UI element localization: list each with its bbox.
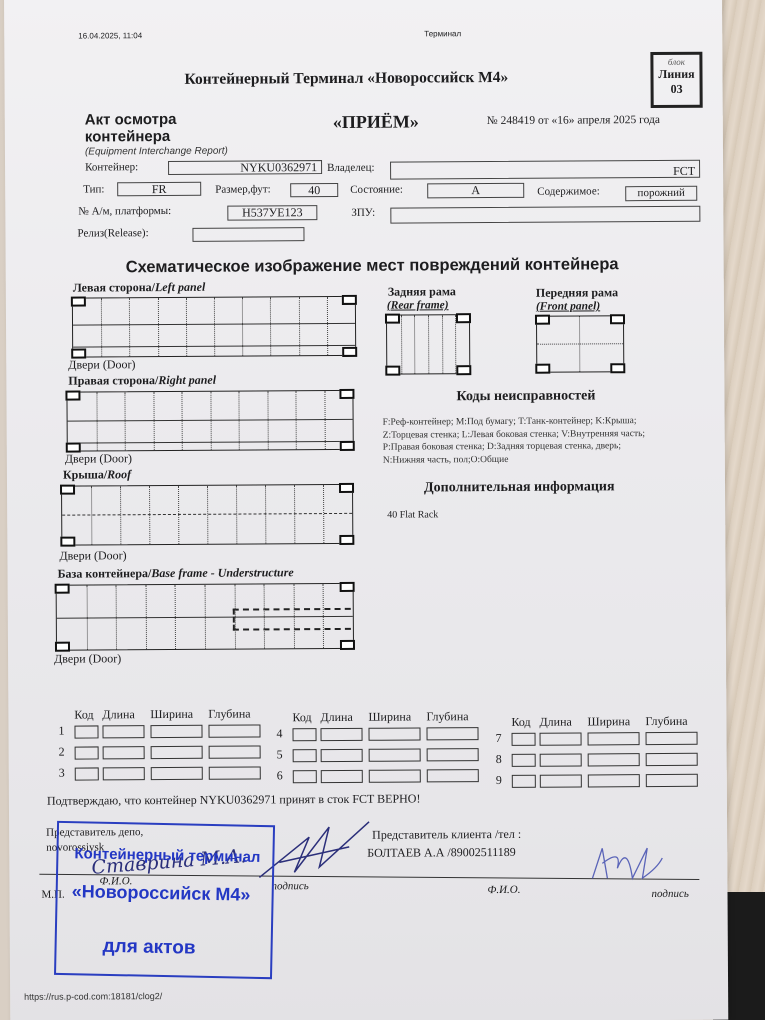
damage-cell-Длина[interactable] [103,746,145,759]
block-box: блок Линия 03 [650,52,702,108]
right-door-label: Двери (Door) [65,451,132,466]
damage-cell-Ширина[interactable] [369,769,421,782]
right-panel-label: Правая сторона/Right panel [68,373,216,389]
left-panel-label: Левая сторона/Left panel [73,280,206,296]
corner-casting [456,313,471,323]
damage-cell-Глубина[interactable] [427,748,479,761]
damage-cell-Код[interactable] [293,749,317,762]
damage-cell-Длина[interactable] [320,728,362,741]
corner-casting [610,314,625,324]
act-number-date: № 248419 от «16» апреля 2025 года [487,114,660,127]
release-field [192,227,304,242]
damage-cell-Длина[interactable] [540,732,582,745]
corner-casting [610,363,625,373]
damage-header: Длина [102,707,134,722]
damage-row-number: 2 [59,745,65,760]
extra-info-title: Дополнительная информация [424,479,615,496]
damage-row-number: 1 [58,724,64,739]
damage-header: Глубина [426,709,468,724]
type-field: FR [117,182,201,197]
block-label: блок [653,57,699,67]
condition-label: Состояние: [350,184,403,196]
damage-cell-Код[interactable] [292,728,316,741]
corner-casting [456,365,471,375]
corner-casting [65,391,80,401]
seal-label: ЗПУ: [351,207,375,219]
stamp: Контейнерный терминал «Новороссийск М4» … [54,821,275,979]
corner-casting [385,366,400,376]
codes-title: Коды неисправностей [456,388,595,405]
damage-cell-Глубина[interactable] [427,769,479,782]
damage-header: Длина [320,710,352,725]
damage-header: Глубина [645,714,687,729]
corner-casting [340,640,355,650]
corner-casting [339,389,354,399]
client-fio-label: Ф.И.О. [487,884,520,896]
act-title-2: контейнера [85,128,170,146]
corner-casting [340,582,355,592]
damage-row-number: 9 [496,773,502,788]
damage-cell-Код[interactable] [293,770,317,783]
client-sign-label: подпись [651,888,688,900]
owner-field: FCT [390,160,700,180]
client-name: БОЛТАЕВ А.А /89002511189 [367,845,516,861]
damage-cell-Глубина[interactable] [209,766,261,779]
client-rep-label: Представитель клиента /тел : [372,827,521,843]
vehicle-field: Н537УЕ123 [227,205,317,221]
damage-row-number: 3 [59,766,65,781]
damage-header: Код [292,710,311,725]
stamp-line-3: для актов [102,936,195,960]
damage-cell-Код[interactable] [74,725,98,738]
stamp-line-2: «Новороссийск М4» [71,881,250,906]
codes-list: F:Реф-контейнер; M:Под бумагу; T:Танк-ко… [383,415,646,467]
left-panel-diagram[interactable] [72,296,356,358]
damage-cell-Глубина[interactable] [426,727,478,740]
vehicle-label: № А/м, платформы: [78,205,171,218]
corner-casting [342,347,357,357]
damage-header: Длина [539,715,571,730]
contents-field: порожний [625,186,697,201]
terminal-title: Контейнерный Терминал «Новороссийск М4» [184,69,508,89]
extra-info-text: 40 Flat Rack [387,509,438,520]
contents-label: Содержимое: [537,185,600,197]
front-frame-label-en: (Front panel) [536,300,600,312]
base-label: База контейнера/Base frame - Understruct… [57,565,293,581]
type-label: Тип: [83,183,104,195]
scheme-title: Схематическое изображение мест поврежден… [126,255,619,277]
corner-casting [339,483,354,493]
stamp-line-1: Контейнерный терминал [74,845,260,866]
document-page: 16.04.2025, 11:04 Терминал Контейнерный … [4,0,728,1020]
release-label: Релиз(Release): [77,227,148,239]
left-door-label: Двери (Door) [68,357,135,372]
damage-cell-Ширина[interactable] [588,774,640,787]
damage-row-number: 7 [496,731,502,746]
damage-cell-Ширина[interactable] [369,748,421,761]
block-number: 03 [654,82,700,97]
block-line: Линия [653,67,699,82]
corner-casting [535,364,550,374]
damage-cell-Ширина[interactable] [588,732,640,745]
corner-casting [55,584,70,594]
client-signature-scribble [587,838,667,888]
damage-cell-Ширина[interactable] [151,767,203,780]
damage-cell-Глубина[interactable] [646,753,698,766]
container-field: NYKU0362971 [168,160,322,175]
damage-row-number: 4 [276,726,282,741]
corner-casting [71,297,86,307]
damage-cell-Код[interactable] [75,746,99,759]
damage-header: Глубина [208,707,250,722]
seal-field [390,206,700,224]
footer-url[interactable]: https://rus.p-cod.com:18181/clog2/ [24,991,162,1002]
print-datetime: 16.04.2025, 11:04 [78,31,142,40]
front-frame-label: Передняя рама [536,285,618,301]
damage-cell-Глубина[interactable] [209,745,261,758]
damage-cell-Код[interactable] [512,754,536,767]
damage-header: Ширина [368,710,411,725]
container-label: Контейнер: [85,161,138,173]
corner-casting [339,535,354,545]
print-title: Терминал [424,29,461,38]
condition-field: A [427,183,524,199]
damage-cell-Ширина[interactable] [150,725,202,738]
damage-cell-Ширина[interactable] [588,753,640,766]
owner-label: Владелец: [327,162,375,174]
damage-header: Код [511,715,530,730]
act-type: «ПРИЁМ» [333,111,419,133]
corner-casting [340,441,355,451]
act-title-1: Акт осмотра [85,111,177,129]
corner-casting [535,315,550,325]
damage-header: Ширина [587,714,630,729]
roof-label: Крыша/Roof [63,467,131,482]
corner-casting [385,314,400,324]
damage-cell-Ширина[interactable] [151,746,203,759]
size-label: Размер,фут: [215,183,271,195]
damage-cell-Код[interactable] [512,775,536,788]
roof-door-label: Двери (Door) [59,548,126,563]
damage-header: Ширина [150,707,193,722]
confirm-text: Подтверждаю, что контейнер NYKU0362971 п… [47,791,421,808]
damage-cell-Код[interactable] [75,767,99,780]
damage-cell-Длина[interactable] [321,770,363,783]
base-diagram[interactable] [56,583,354,651]
corner-casting [55,642,70,652]
base-damage-marker [233,608,351,631]
rear-frame-label-en: (Rear frame) [387,299,449,311]
size-field: 40 [290,183,338,197]
damage-cell-Длина[interactable] [540,774,582,787]
corner-casting [60,537,75,547]
damage-cell-Длина[interactable] [102,725,144,738]
front-frame-diagram[interactable] [536,315,624,373]
damage-row-number: 6 [277,768,283,783]
right-panel-diagram[interactable] [66,390,353,452]
damage-cell-Код[interactable] [512,733,536,746]
act-subtitle: (Equipment Interchange Report) [85,146,228,158]
damage-cell-Глубина[interactable] [646,732,698,745]
roof-diagram[interactable] [61,484,353,546]
damage-cell-Длина[interactable] [103,767,145,780]
damage-cell-Глубина[interactable] [646,774,698,787]
corner-casting [342,295,357,305]
damage-row-number: 8 [496,752,502,767]
rear-frame-label: Задняя рама [388,284,456,299]
corner-casting [60,485,75,495]
damage-row-number: 5 [277,747,283,762]
rear-frame-diagram[interactable] [386,314,470,375]
damage-cell-Ширина[interactable] [368,727,420,740]
damage-header: Код [74,707,93,722]
damage-cell-Глубина[interactable] [208,724,260,737]
damage-cell-Длина[interactable] [321,749,363,762]
damage-cell-Длина[interactable] [540,753,582,766]
base-door-label: Двери (Door) [54,651,121,666]
